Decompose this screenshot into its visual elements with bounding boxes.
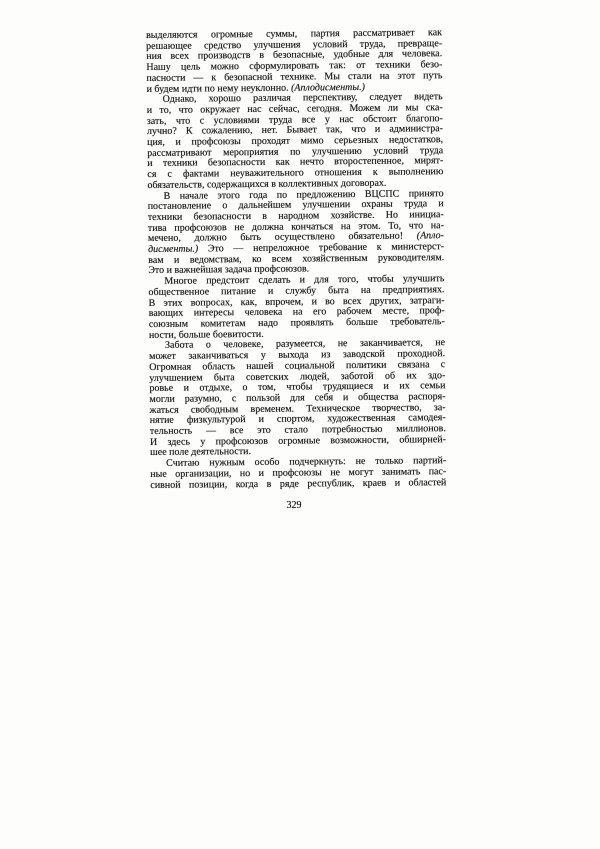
paragraph: Забота о человеке, разумеется, не заканч… [149,339,446,460]
page-number: 329 [146,500,442,511]
paragraph: Многое предстоит сделать и для того, что… [148,274,445,341]
paragraph: В начале этого года по предложению ВЦСПС… [148,189,445,277]
text-line: сивной позиции, когда в ряде республик, … [150,478,446,492]
text-block: выделяются огромные суммы, партия рассма… [146,28,446,491]
paragraph: Считаю нужным особо подчеркнуть: не толь… [150,456,446,491]
paragraph: Однако, хорошо различая перспективу, сле… [147,92,444,191]
paragraph: выделяются огромные суммы, партия рассма… [146,28,443,95]
book-page: выделяются огромные суммы, партия рассма… [0,0,600,849]
